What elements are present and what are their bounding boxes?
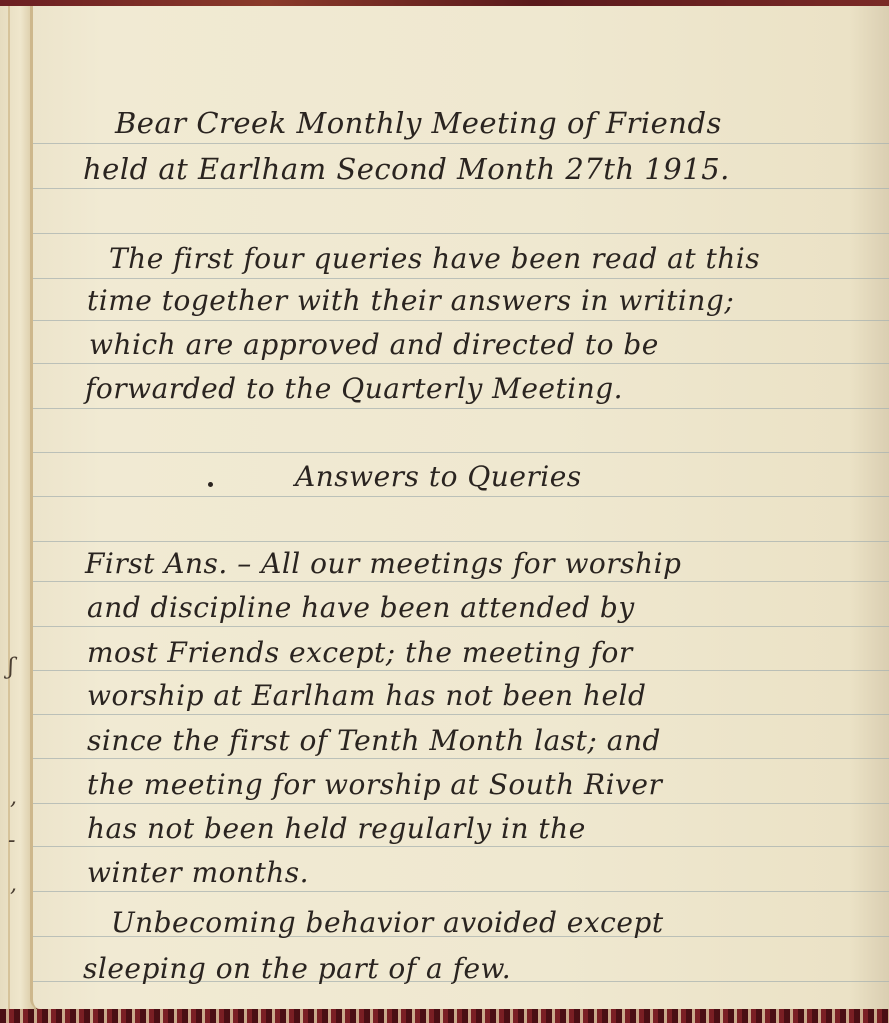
margin-line — [8, 6, 10, 1009]
title-line-2: held at Earlham Second Month 27th 1915. — [83, 152, 730, 186]
ruled-line — [33, 188, 889, 189]
ruled-line — [33, 803, 889, 804]
continuation-line-2: sleeping on the part of a few. — [83, 952, 511, 985]
answer-line-2: and discipline have been attended by — [87, 591, 635, 624]
ruled-line — [33, 320, 889, 321]
ruled-line — [33, 891, 889, 892]
answer-line-8: winter months. — [87, 856, 309, 889]
ruled-line — [33, 408, 889, 409]
intro-line-2: time together with their answers in writ… — [87, 284, 734, 317]
title-line-1: Bear Creek Monthly Meeting of Friends — [115, 106, 722, 140]
answer-line-4: worship at Earlham has not been held — [87, 679, 646, 712]
answer-line-5: since the first of Tenth Month last; and — [87, 724, 661, 757]
answer-line-7: has not been held regularly in the — [87, 812, 586, 845]
ruled-line — [33, 233, 889, 234]
section-heading: Answers to Queries — [295, 460, 582, 493]
answer-line-3: most Friends except; the meeting for — [87, 636, 633, 669]
continuation-line-1: Unbecoming behavior avoided except — [111, 906, 664, 939]
ruled-line — [33, 626, 889, 627]
ruled-line — [33, 143, 889, 144]
ruled-line — [33, 714, 889, 715]
ruled-line — [33, 670, 889, 671]
ruled-line — [33, 758, 889, 759]
intro-line-3: which are approved and directed to be — [89, 328, 659, 361]
ruled-line — [33, 452, 889, 453]
marbled-cover-bottom-edge — [0, 1009, 889, 1023]
facing-page-ink-mark: ʃ — [8, 655, 14, 680]
intro-line-4: forwarded to the Quarterly Meeting. — [85, 372, 623, 405]
answer-line-1: First Ans. – All our meetings for worshi… — [85, 547, 681, 580]
ledger-page: Bear Creek Monthly Meeting of Friends he… — [30, 6, 889, 1009]
ruled-line — [33, 278, 889, 279]
ruled-line — [33, 496, 889, 497]
ink-dot — [208, 482, 213, 487]
ruled-line — [33, 541, 889, 542]
ruled-line — [33, 363, 889, 364]
answer-line-6: the meeting for worship at South River — [87, 768, 662, 801]
facing-page-ink-mark: , — [10, 785, 17, 810]
ruled-line — [33, 846, 889, 847]
ruled-line — [33, 581, 889, 582]
facing-page-ink-mark: - — [8, 828, 15, 853]
facing-page-ink-mark: , — [10, 872, 17, 897]
intro-line-1: The first four queries have been read at… — [109, 242, 760, 275]
